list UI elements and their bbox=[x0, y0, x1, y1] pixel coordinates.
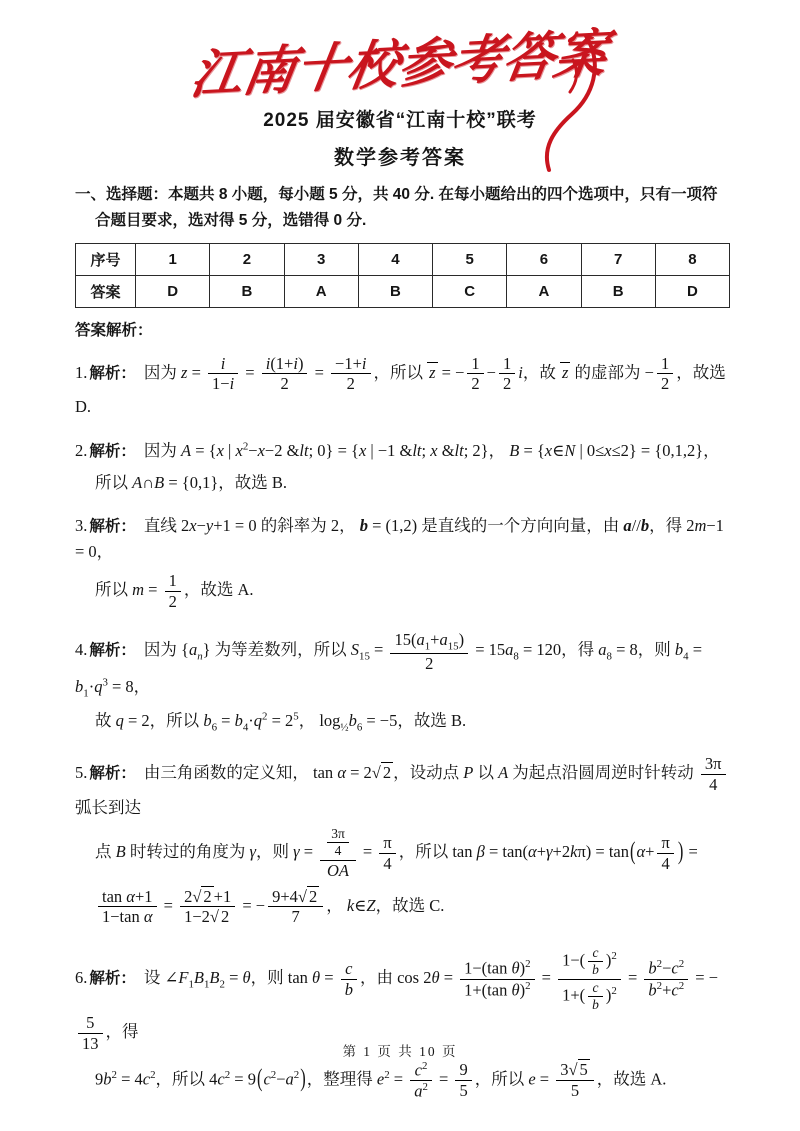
table-cell-number: 5 bbox=[433, 243, 507, 275]
section-intro: 一、选择题：本题共 8 小题，每小题 5 分，共 40 分. 在每小题给出的四个… bbox=[75, 182, 730, 235]
solution-math: 因为 z = i1−i = i(1+i)2 = −1+i2，所以 z = −12… bbox=[75, 363, 726, 417]
solution-2-line-2: 所以 A∩B = {0,1}，故选 B. bbox=[75, 470, 730, 496]
solution-number: 3. bbox=[75, 516, 87, 535]
document-header: 江南十校参考答案 2025 届安徽省“江南十校”联考 数学参考答案 bbox=[0, 0, 800, 182]
table-cell-answer: B bbox=[358, 275, 432, 307]
answer-table: 序号 1 2 3 4 5 6 7 8 答案 D B A B C A B D bbox=[75, 243, 730, 308]
doc-title: 数学参考答案 bbox=[0, 141, 800, 170]
solution-2: 2.解析：因为 A = {x | x2−x−2 &lt; 0} = {x | −… bbox=[75, 438, 730, 496]
table-cell-answer: A bbox=[284, 275, 358, 307]
solution-label: 解析： bbox=[89, 765, 136, 782]
solution-1: 1.解析：因为 z = i1−i = i(1+i)2 = −1+i2，所以 z … bbox=[75, 354, 730, 420]
solution-math: 因为 A = {x | x2−x−2 &lt; 0} = {x | −1 &lt… bbox=[144, 441, 720, 460]
table-cell-number: 2 bbox=[210, 243, 284, 275]
calligraphy-title: 江南十校参考答案 bbox=[186, 11, 613, 109]
page-number: 第 1 页 共 10 页 bbox=[342, 1044, 457, 1059]
answer-table-answer-row: 答案 D B A B C A B D bbox=[76, 275, 730, 307]
table-cell-number: 6 bbox=[507, 243, 581, 275]
solution-label: 解析： bbox=[89, 518, 136, 535]
solution-label: 解析： bbox=[89, 970, 136, 987]
solution-math: 由三角函数的定义知， tan α = 2√2，设动点 P 以 A 为起点沿圆周逆… bbox=[75, 763, 729, 817]
table-header-answer: 答案 bbox=[76, 275, 136, 307]
table-cell-number: 4 bbox=[358, 243, 432, 275]
table-header-number: 序号 bbox=[76, 243, 136, 275]
table-cell-answer: D bbox=[136, 275, 210, 307]
solution-6: 6.解析：设 ∠F1B1B2 = θ，则 tan θ = cb，由 cos 2θ… bbox=[75, 945, 730, 1101]
solution-1-line-1: 1.解析：因为 z = i1−i = i(1+i)2 = −1+i2，所以 z … bbox=[75, 354, 730, 420]
solution-number: 1. bbox=[75, 363, 87, 382]
solution-3: 3.解析：直线 2x−y+1 = 0 的斜率为 2， b = (1,2) 是直线… bbox=[75, 513, 730, 611]
solution-5: 5.解析：由三角函数的定义知， tan α = 2√2，设动点 P 以 A 为起… bbox=[75, 754, 730, 927]
solution-number: 4. bbox=[75, 640, 87, 659]
page: 江南十校参考答案 2025 届安徽省“江南十校”联考 数学参考答案 一、选择题：… bbox=[0, 0, 800, 1131]
solution-5-line-3: tan α+11−tan α = 2√2+11−2√2 = −9+4√27， k… bbox=[75, 887, 730, 928]
solution-label: 解析： bbox=[89, 642, 136, 659]
solution-5-line-2: 点 B 时转过的角度为 γ，则 γ = 3π4OA = π4，所以 tan β … bbox=[75, 826, 730, 880]
page-footer: 第 1 页 共 10 页 bbox=[0, 1040, 800, 1060]
section-number: 一、 bbox=[75, 186, 106, 203]
solution-3-line-2: 所以 m = 12，故选 A. bbox=[75, 571, 730, 612]
solution-4-line-2: 故 q = 2，所以 b6 = b4·q2 = 25， log½b6 = −5，… bbox=[75, 708, 730, 736]
solution-number: 5. bbox=[75, 763, 87, 782]
solution-number: 6. bbox=[75, 968, 87, 987]
solution-math: 设 ∠F1B1B2 = θ，则 tan θ = cb，由 cos 2θ = 1−… bbox=[75, 968, 718, 1041]
solution-math: 因为 {an} 为等差数列，所以 S15 = 15(a1+a15)2 = 15a… bbox=[75, 640, 702, 695]
table-cell-answer: A bbox=[507, 275, 581, 307]
document-body: 一、选择题：本题共 8 小题，每小题 5 分，共 40 分. 在每小题给出的四个… bbox=[0, 182, 800, 1101]
table-cell-number: 7 bbox=[581, 243, 655, 275]
solution-6-line-1: 6.解析：设 ∠F1B1B2 = θ，则 tan θ = cb，由 cos 2θ… bbox=[75, 945, 730, 1054]
answer-table-number-row: 序号 1 2 3 4 5 6 7 8 bbox=[76, 243, 730, 275]
solution-3-line-1: 3.解析：直线 2x−y+1 = 0 的斜率为 2， b = (1,2) 是直线… bbox=[75, 513, 730, 565]
table-cell-answer: C bbox=[433, 275, 507, 307]
solution-math: 直线 2x−y+1 = 0 的斜率为 2， b = (1,2) 是直线的一个方向… bbox=[75, 516, 724, 561]
analysis-heading: 答案解析： bbox=[75, 318, 730, 340]
solution-4: 4.解析：因为 {an} 为等差数列，所以 S15 = 15(a1+a15)2 … bbox=[75, 630, 730, 737]
table-cell-number: 1 bbox=[136, 243, 210, 275]
solution-2-line-1: 2.解析：因为 A = {x | x2−x−2 &lt; 0} = {x | −… bbox=[75, 438, 730, 464]
solutions: 1.解析：因为 z = i1−i = i(1+i)2 = −1+i2，所以 z … bbox=[75, 354, 730, 1102]
solution-5-line-1: 5.解析：由三角函数的定义知， tan α = 2√2，设动点 P 以 A 为起… bbox=[75, 754, 730, 820]
section-intro-text: 选择题：本题共 8 小题，每小题 5 分，共 40 分. 在每小题给出的四个选项… bbox=[95, 186, 717, 229]
table-cell-answer: B bbox=[581, 275, 655, 307]
solution-6-line-2: 9b2 = 4c2，所以 4c2 = 9(c2−a2)，整理得 e2 = c2a… bbox=[75, 1060, 730, 1102]
table-cell-number: 8 bbox=[655, 243, 729, 275]
table-cell-answer: B bbox=[210, 275, 284, 307]
solution-label: 解析： bbox=[89, 365, 136, 382]
table-cell-number: 3 bbox=[284, 243, 358, 275]
solution-number: 2. bbox=[75, 441, 87, 460]
solution-4-line-1: 4.解析：因为 {an} 为等差数列，所以 S15 = 15(a1+a15)2 … bbox=[75, 630, 730, 702]
solution-label: 解析： bbox=[89, 443, 136, 460]
subtitle: 2025 届安徽省“江南十校”联考 bbox=[0, 105, 800, 132]
table-cell-answer: D bbox=[655, 275, 729, 307]
